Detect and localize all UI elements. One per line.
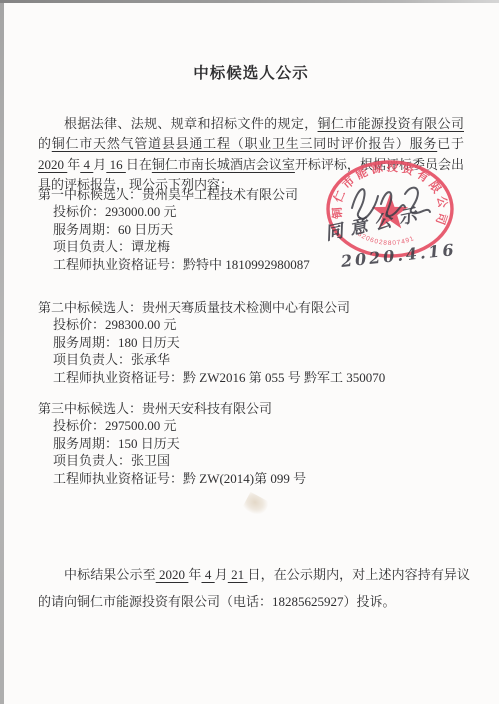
candidate-row: 服务周期：180 日历天 (53, 334, 468, 351)
closing-year-underlined: 2020 (156, 567, 189, 582)
row-label: 项目负责人： (53, 453, 131, 468)
intro-segment: 已于 (437, 136, 464, 151)
scan-left-edge (0, 3, 4, 704)
candidate-section-2: 第二中标候选人：贵州天骞质量技术检测中心有限公司 投标价：298300.00 元… (38, 299, 468, 386)
intro-segment: 日在 (126, 157, 152, 172)
intro-org-underlined: 铜仁市能源投资有限公司 (318, 116, 464, 131)
row-value: 298300.00 元 (105, 317, 177, 332)
candidate-section-3: 第三中标候选人：贵州天安科技有限公司 投标价：297500.00 元 服务周期：… (38, 400, 468, 487)
intro-day-underlined: 16 (106, 157, 126, 172)
intro-place-underlined: 铜仁市南长城酒店会议室 (152, 157, 295, 172)
candidate-row: 工程师执业资格证号：黔 ZW2016 第 055 号 黔军工 350070 (53, 369, 468, 386)
row-label: 项目负责人： (53, 352, 131, 367)
row-value: 150 日历天 (118, 436, 180, 451)
row-value: 黔 ZW2016 第 055 号 黔军工 350070 (183, 370, 385, 385)
candidate-company: 贵州天骞质量技术检测中心有限公司 (142, 300, 350, 315)
closing-segment: 中标结果公示至 (64, 567, 156, 582)
candidate-rank-label: 第一中标候选人： (38, 187, 142, 202)
scanned-document-page: 中标候选人公示 根据法律、法规、规章和招标文件的规定，铜仁市能源投资有限公司的铜… (0, 0, 499, 704)
candidate-heading: 第二中标候选人：贵州天骞质量技术检测中心有限公司 (38, 299, 468, 316)
row-value: 60 日历天 (118, 222, 173, 237)
row-label: 投标价： (53, 418, 105, 433)
scan-top-edge (0, 0, 499, 3)
closing-segment: 月 (215, 567, 228, 582)
candidate-row: 投标价：297500.00 元 (53, 417, 468, 434)
candidate-rank-label: 第三中标候选人： (38, 401, 142, 416)
intro-segment: 年 (67, 157, 80, 172)
closing-day-underlined: 21 (228, 567, 248, 582)
intro-segment: 根据法律、法规、规章和招标文件的规定， (64, 116, 318, 131)
row-label: 工程师执业资格证号： (53, 471, 183, 486)
candidate-heading: 第三中标候选人：贵州天安科技有限公司 (38, 400, 468, 417)
row-label: 工程师执业资格证号： (53, 257, 183, 272)
row-label: 工程师执业资格证号： (53, 370, 183, 385)
intro-project-underlined: 铜仁市天然气管道县县通工程（职业卫生三同时评价报告）服务 (52, 136, 437, 151)
intro-year-underlined: 2020 (38, 157, 67, 172)
row-label: 投标价： (53, 204, 105, 219)
candidate-row: 投标价：298300.00 元 (53, 316, 468, 333)
candidate-row: 工程师执业资格证号：黔 ZW(2014)第 099 号 (53, 470, 468, 487)
row-label: 项目负责人： (53, 239, 131, 254)
row-value: 黔特中 1810992980087 (183, 257, 310, 272)
candidate-company: 贵州天安科技有限公司 (142, 401, 272, 416)
row-label: 服务周期： (53, 335, 118, 350)
candidate-rank-label: 第二中标候选人： (38, 300, 142, 315)
ink-smudge (242, 492, 270, 518)
row-value: 黔 ZW(2014)第 099 号 (183, 471, 306, 486)
candidate-row: 项目负责人：张承华 (53, 351, 468, 368)
page-title: 中标候选人公示 (38, 61, 464, 83)
closing-paragraph: 中标结果公示至 2020 年 4 月 21 日，在公示期内，对上述内容持有异议的… (38, 561, 470, 615)
closing-segment: 年 (188, 567, 201, 582)
row-value: 180 日历天 (118, 335, 180, 350)
intro-segment: 月 (93, 157, 106, 172)
intro-segment: 的 (38, 136, 52, 151)
row-label: 服务周期： (53, 436, 118, 451)
candidate-row: 服务周期：150 日历天 (53, 435, 468, 452)
candidate-row: 项目负责人：张卫国 (53, 452, 468, 469)
row-value: 谭龙梅 (131, 239, 170, 254)
row-value: 张承华 (131, 352, 170, 367)
row-value: 张卫国 (131, 453, 170, 468)
row-label: 服务周期： (53, 222, 118, 237)
intro-month-underlined: 4 (80, 157, 93, 172)
row-value: 293000.00 元 (105, 204, 177, 219)
closing-month-underlined: 4 (201, 567, 214, 582)
candidate-company: 贵州昊华工程技术有限公司 (142, 187, 298, 202)
row-label: 投标价： (53, 317, 105, 332)
row-value: 297500.00 元 (105, 418, 177, 433)
